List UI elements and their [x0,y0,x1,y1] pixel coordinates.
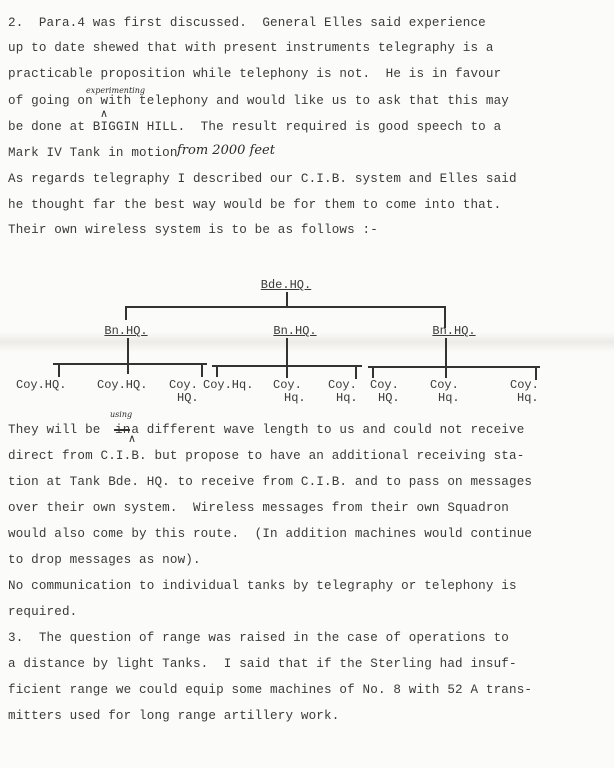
connector [368,366,540,368]
insertion-caret: ∧ [100,107,108,120]
connector [355,365,357,379]
connector [445,338,447,378]
node-coy-hq: HQ. [177,392,199,405]
text-line: ficient range we could equip some machin… [8,683,532,697]
node-coy-hq: Hq. [284,392,306,405]
text-line: mitters used for long range artillery wo… [8,709,339,723]
node-bn-hq-1: Bn.HQ. [96,325,156,338]
connector [212,365,362,367]
node-coy-hq: Coy.HQ. [16,379,66,392]
text-line: practicable proposition while telephony … [8,67,501,81]
connector [125,306,127,320]
text-line: No communication to individual tanks by … [8,579,517,593]
text-line: be done at BIGGIN HILL. The result requi… [8,120,501,134]
text-line: Mark IV Tank in motion [8,146,178,160]
document-page: 2. Para.4 was first discussed. General E… [0,0,614,768]
text-line: would also come by this route. (In addit… [8,527,532,541]
node-coy-hq: Hq. [336,392,358,405]
connector [216,365,218,377]
text-line: tion at Tank Bde. HQ. to receive from C.… [8,475,532,489]
handwritten-insert-from-2000-feet: from 2000 feet [177,143,275,158]
text-line: Their own wireless system is to be as fo… [8,223,378,237]
connector [372,366,374,378]
connector [53,363,207,365]
node-bn-hq-3: Bn.HQ. [424,325,484,338]
text-line: They will be a different wave length to … [8,423,524,437]
text-line: 2. Para.4 was first discussed. General E… [8,16,486,30]
connector [125,306,445,308]
strikethrough-mark [114,429,130,431]
text-line: As regards telegraphy I described our C.… [8,172,517,186]
node-coy-hq: Hq. [517,392,539,405]
text-line: required. [8,605,77,619]
connector [286,338,288,378]
connector [127,338,129,374]
text-line: 3. The question of range was raised in t… [8,631,509,645]
connector [201,363,203,377]
text-line: direct from C.I.B. but propose to have a… [8,449,524,463]
text-line: over their own system. Wireless messages… [8,501,509,515]
text-line: a distance by light Tanks. I said that i… [8,657,517,671]
text-line: he thought far the best way would be for… [8,198,501,212]
node-coy-hq: HQ. [378,392,400,405]
connector [286,292,288,306]
node-coy-hq: Hq. [438,392,460,405]
node-coy-hq: Coy.Hq. [203,379,253,392]
node-bn-hq-2: Bn.HQ. [265,325,325,338]
text-line: up to date shewed that with present inst… [8,41,494,55]
node-bde-hq: Bde.HQ. [256,279,316,292]
handwritten-insert-using: using [110,410,132,419]
node-coy-hq: Coy.HQ. [97,379,147,392]
connector [58,363,60,377]
insertion-caret: ∧ [128,432,136,445]
text-line: to drop messages as now). [8,553,201,567]
text-line: of going on with telephony and would lik… [8,94,509,108]
